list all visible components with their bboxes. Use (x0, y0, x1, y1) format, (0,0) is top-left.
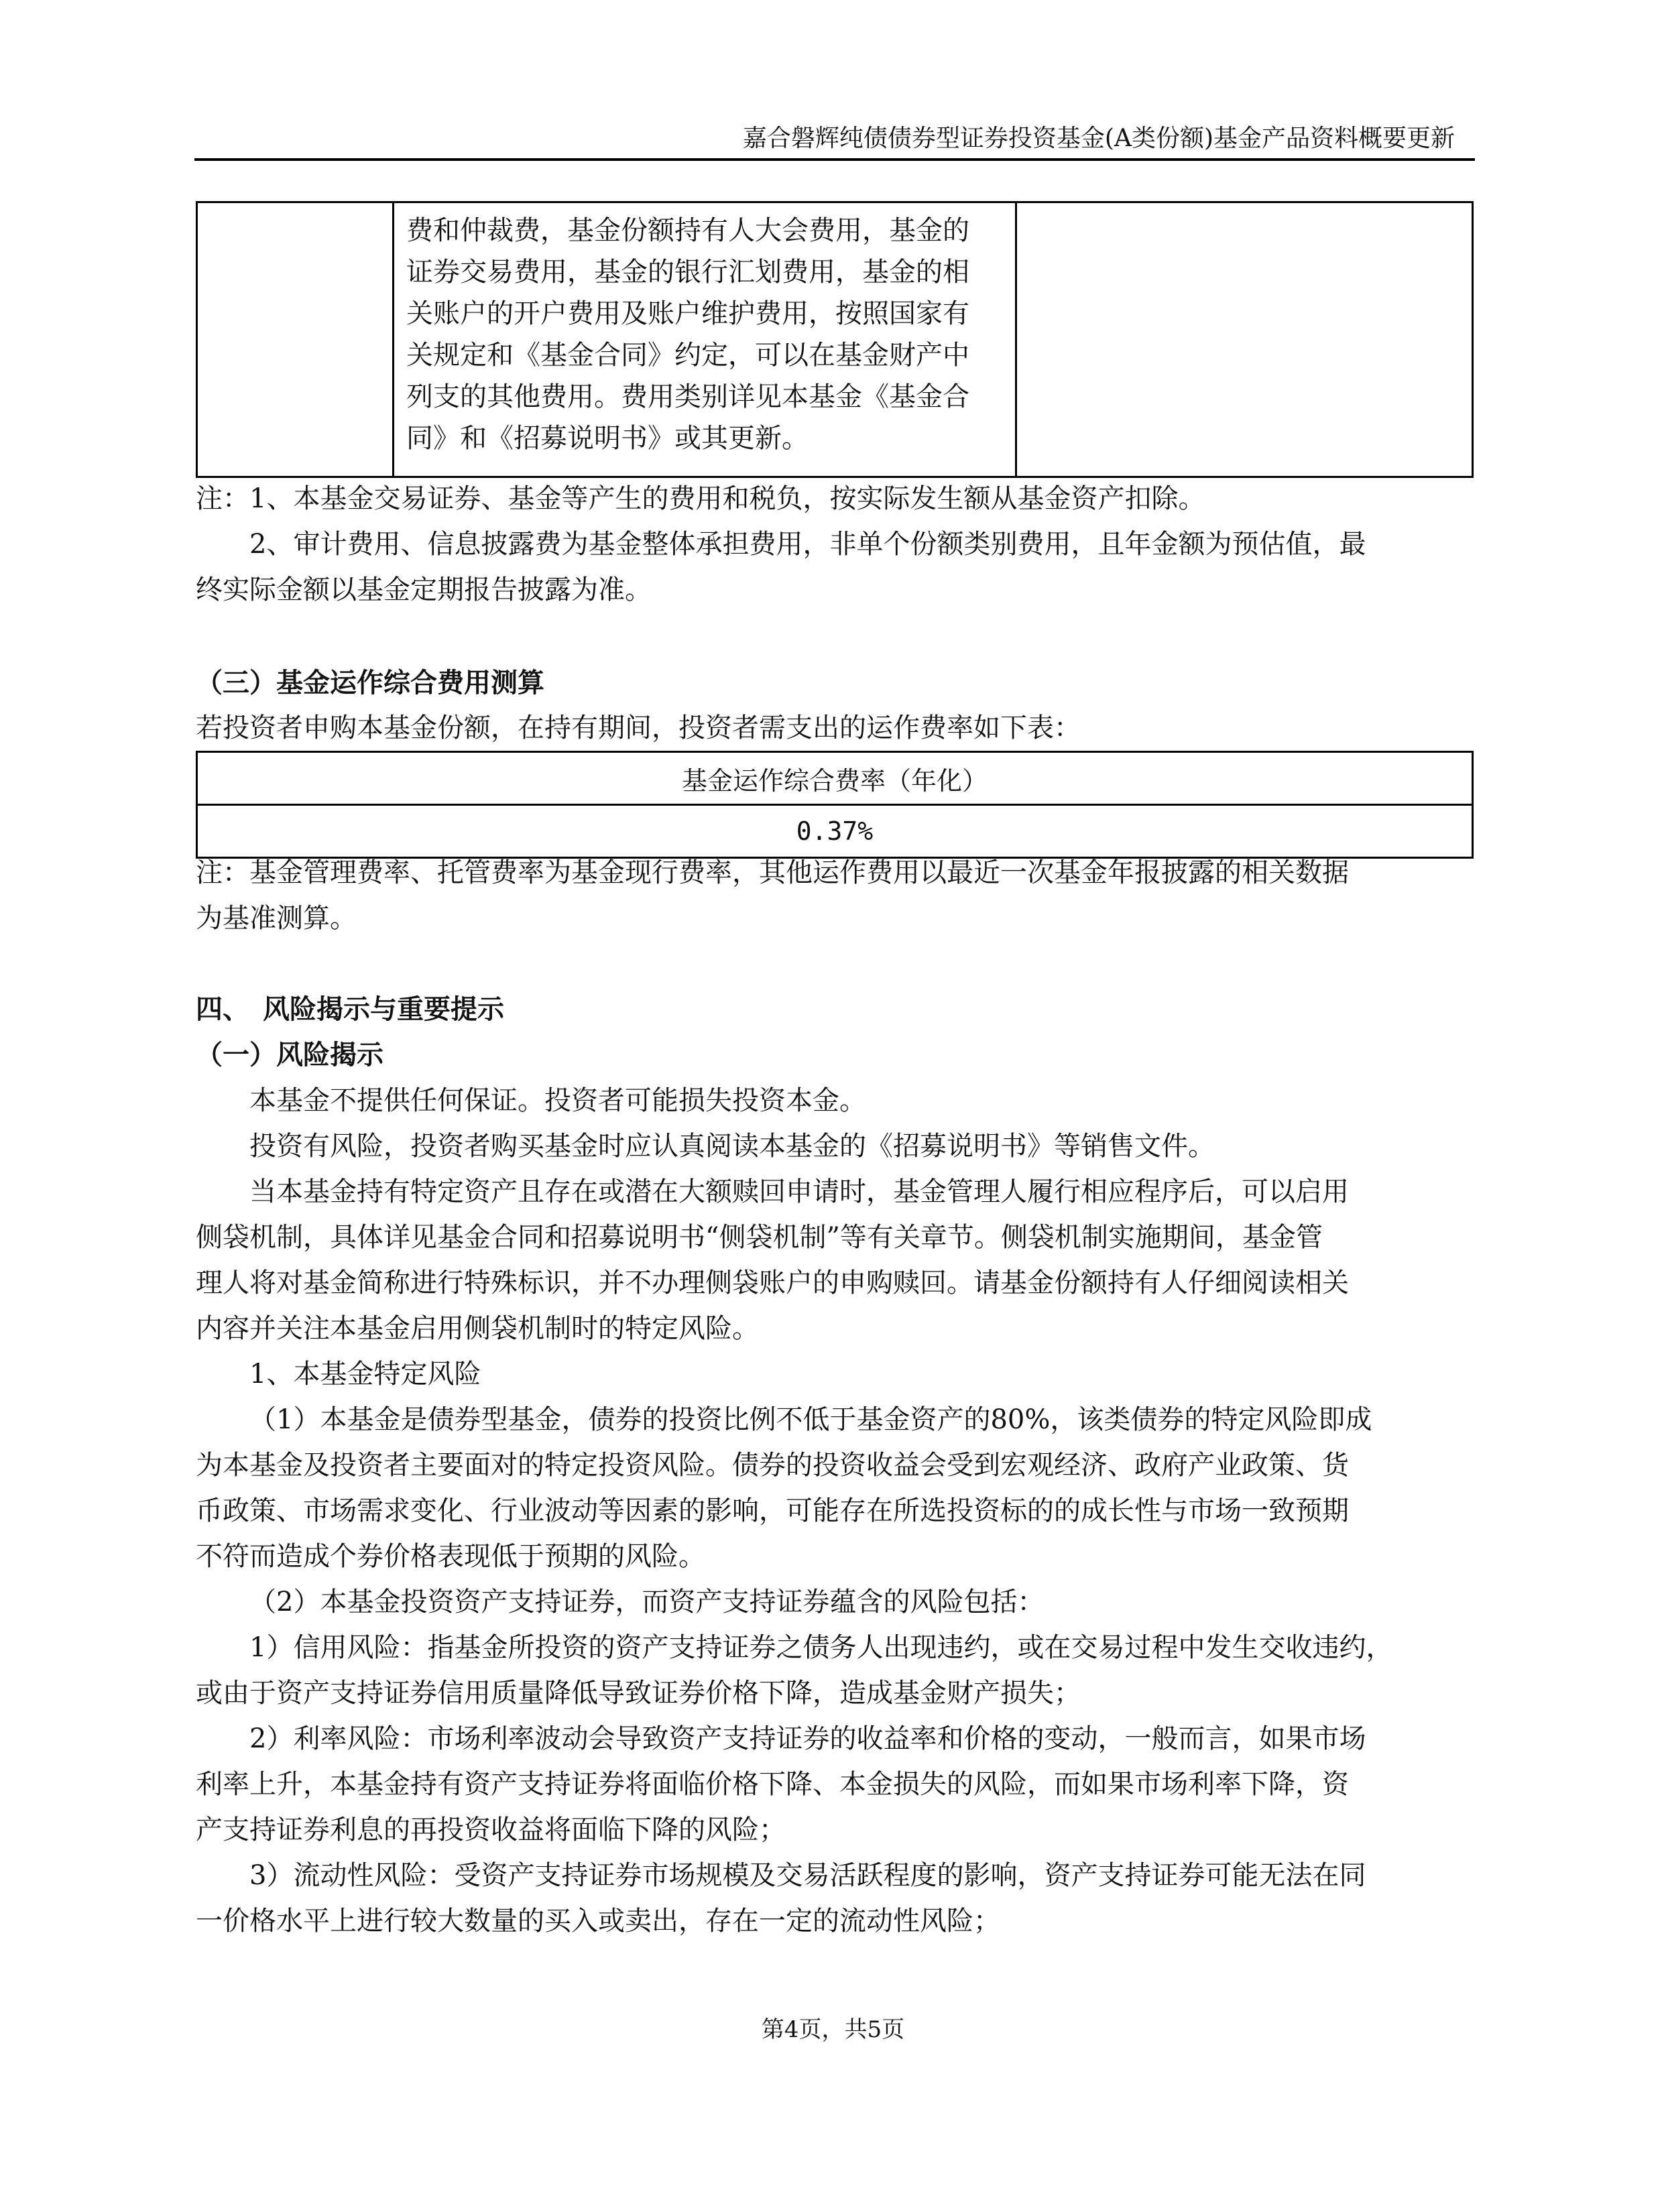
side-pocket-line: 理人将对基金简称进行特殊标识，并不办理侧袋账户的申购赎回。请基金份额持有人仔细阅… (196, 1260, 1474, 1306)
side-pocket-line: 内容并关注本基金启用侧袋机制时的特定风险。 (196, 1306, 1474, 1351)
table-header-row: 基金运作综合费率（年化） (197, 752, 1473, 805)
fee-description-line: 关账户的开户费用及账户维护费用，按照国家有 (406, 293, 1015, 334)
risk-disclosure-body: 本基金不提供任何保证。投资者可能损失投资本金。 投资有风险，投资者购买基金时应认… (196, 1078, 1474, 1944)
risk-paragraph-read-prospectus: 投资有风险，投资者购买基金时应认真阅读本基金的《招募说明书》等销售文件。 (196, 1123, 1474, 1169)
operating-fee-rate-table: 基金运作综合费率（年化） 0.37% (196, 751, 1474, 859)
section-3-note: 注：基金管理费率、托管费率为基金现行费率，其他运作费用以最近一次基金年报披露的相… (196, 850, 1474, 941)
section-3-intro: 若投资者申购本基金份额，在持有期间，投资者需支出的运作费率如下表： (196, 705, 1474, 751)
bond-risk-line: 币政策、市场需求变化、行业波动等因素的影响，可能存在所选投资标的的成长性与市场一… (196, 1488, 1474, 1534)
bond-risk-line: 为本基金及投资者主要面对的特定投资风险。债券的投资收益会受到宏观经济、政府产业政… (196, 1442, 1474, 1488)
fee-description-line: 费和仲裁费，基金份额持有人大会费用，基金的 (406, 210, 1015, 251)
section-4-heading: 四、 风险揭示与重要提示 (196, 987, 1474, 1032)
risk-disclosure-heading: （一）风险揭示 (196, 1032, 1474, 1078)
liquidity-risk-line: 一价格水平上进行较大数量的买入或卖出，存在一定的流动性风险； (196, 1898, 1474, 1944)
fee-description-line: 列支的其他费用。费用类别详见本基金《基金合 (406, 376, 1015, 418)
fee-notes: 注：1、本基金交易证券、基金等产生的费用和税负，按实际发生额从基金资产扣除。 2… (196, 476, 1474, 613)
credit-risk-line: 或由于资产支持证券信用质量降低导致证券价格下降，造成基金财产损失； (196, 1670, 1474, 1716)
side-pocket-line: 侧袋机制，具体详见基金合同和招募说明书“侧袋机制”等有关章节。侧袋机制实施期间，… (196, 1215, 1474, 1260)
fee-description-line: 证券交易费用，基金的银行汇划费用，基金的相 (406, 251, 1015, 293)
fee-table-cell-amount (1016, 202, 1473, 477)
fee-note-2-line-1: 2、审计费用、信息披露费为基金整体承担费用，非单个份额类别费用，且年金额为预估值… (196, 521, 1474, 567)
fee-table-continuation: 费和仲裁费，基金份额持有人大会费用，基金的 证券交易费用，基金的银行汇划费用，基… (196, 201, 1474, 478)
rate-table-header: 基金运作综合费率（年化） (197, 752, 1473, 805)
credit-risk-line: 1）信用风险：指基金所投资的资产支持证券之债务人出现违约，或在交易过程中发生交收… (196, 1625, 1474, 1670)
fee-table-cell-description: 费和仲裁费，基金份额持有人大会费用，基金的 证券交易费用，基金的银行汇划费用，基… (394, 202, 1016, 477)
interest-rate-risk-line: 2）利率风险：市场利率波动会导致资产支持证券的收益率和价格的变动，一般而言，如果… (196, 1716, 1474, 1762)
liquidity-risk-line: 3）流动性风险：受资产支持证券市场规模及交易活跃程度的影响，资产支持证券可能无法… (196, 1853, 1474, 1898)
fee-description-line: 同》和《招募说明书》或其更新。 (406, 418, 1015, 459)
fee-note-2-line-2: 终实际金额以基金定期报告披露为准。 (196, 567, 1474, 613)
bond-risk-line: （1）本基金是债券型基金，债券的投资比例不低于基金资产的80%，该类债券的特定风… (196, 1397, 1474, 1442)
section-3-note-line-1: 注：基金管理费率、托管费率为基金现行费率，其他运作费用以最近一次基金年报披露的相… (196, 850, 1474, 896)
abs-risk-intro: （2）本基金投资资产支持证券，而资产支持证券蕴含的风险包括： (196, 1579, 1474, 1625)
section-3-heading: （三）基金运作综合费用测算 (196, 660, 1474, 706)
specific-risk-heading: 1、本基金特定风险 (196, 1351, 1474, 1397)
side-pocket-line: 当本基金持有特定资产且存在或潜在大额赎回申请时，基金管理人履行相应程序后，可以启… (196, 1169, 1474, 1215)
fee-note-1: 注：1、本基金交易证券、基金等产生的费用和税负，按实际发生额从基金资产扣除。 (196, 476, 1474, 521)
risk-paragraph-no-guarantee: 本基金不提供任何保证。投资者可能损失投资本金。 (196, 1078, 1474, 1123)
table-row: 费和仲裁费，基金份额持有人大会费用，基金的 证券交易费用，基金的银行汇划费用，基… (197, 202, 1473, 477)
fee-description-line: 关规定和《基金合同》约定，可以在基金财产中 (406, 334, 1015, 376)
interest-rate-risk-line: 利率上升，本基金持有资产支持证券将面临价格下降、本金损失的风险，而如果市场利率下… (196, 1762, 1474, 1807)
document-header-title: 嘉合磐辉纯债债券型证券投资基金(A类份额)基金产品资料概要更新 (743, 119, 1455, 153)
interest-rate-risk-line: 产支持证券利息的再投资收益将面临下降的风险； (196, 1807, 1474, 1853)
section-3-note-line-2: 为基准测算。 (196, 896, 1474, 941)
bond-risk-line: 不符而造成个券价格表现低于预期的风险。 (196, 1534, 1474, 1579)
page-number: 第4页，共5页 (0, 2011, 1666, 2044)
header-divider (194, 158, 1475, 161)
fee-table-cell-category (197, 202, 394, 477)
